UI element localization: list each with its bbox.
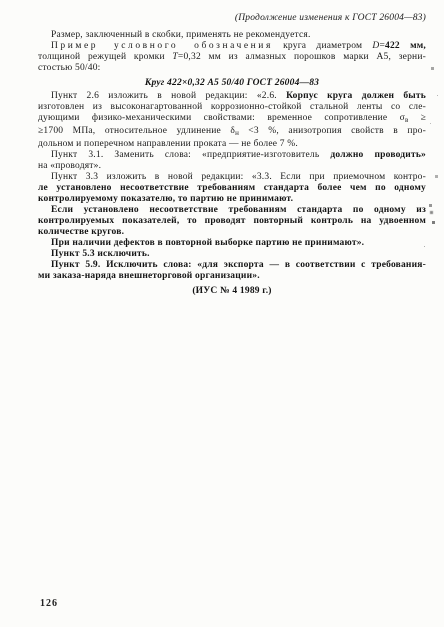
doc-line: ≥1700 МПа, относительное удлинение δн <3… [38,126,426,139]
line-text: ≥1700 МПа, относительное удлинение δ [38,126,235,136]
designation-text: Круг 422×0,32 А5 50/40 ГОСТ 26004—83 [145,78,319,88]
ius-reference: (ИУС № 4 1989 г.) [38,286,426,297]
line-text: Пункт 3.3 изложить в новой редакции: «3.… [51,172,426,182]
doc-line: стостью 50/40: [38,63,426,74]
line-text: Пункт 5.9. Исключить слова: «для экспорт… [51,260,426,270]
line-text: дующими физико-механическими свойствами:… [38,113,405,123]
doc-line: Размер, заключенный в скобки, применять … [38,30,426,41]
doc-line: Пункт 3.1. Заменить слова: «предприятие-… [38,150,426,161]
doc-line: контролируемому показателю, то партию не… [38,194,426,205]
line-text: дольном и поперечном направлении проката… [38,139,298,149]
line-text: =0,32 мм из алмазных порошков марки А5, … [178,52,426,62]
designation-line: Круг 422×0,32 А5 50/40 ГОСТ 26004—83 [38,78,426,89]
document-page: (Продолжение изменения к ГОСТ 26004—83) … [0,0,444,627]
doc-line: Если установлено несоответствие требован… [38,205,426,216]
doc-line: дольном и поперечном направлении проката… [38,139,426,150]
doc-line: дующими физико-механическими свойствами:… [38,113,426,126]
line-text: Пункт 2.6 изложить в новой редакции: «2.… [51,91,286,101]
line-text: контролируемому показателю, то партию не… [38,194,293,204]
doc-line: толщиной режущей кромки Т=0,32 мм из алм… [38,52,426,63]
line-text: Если установлено несоответствие требован… [51,205,426,215]
line-text: ≥ [408,113,426,123]
line-text: стостью 50/40: [38,63,100,73]
line-text: круга диаметром [273,41,373,51]
doc-line: Пункт 2.6 изложить в новой редакции: «2.… [38,91,426,102]
header-text: (Продолжение изменения к ГОСТ 26004—83) [235,13,426,23]
line-text: ми заказа-наряда внешнеторговой организа… [38,271,260,281]
scan-artifacts [0,0,1,1]
ius-text: (ИУС № 4 1989 г.) [192,286,271,296]
value-bold: 422 мм, [385,41,426,51]
line-text: Пункт 5.3 исключить. [51,249,150,259]
bold-text: должно проводить» [330,150,426,160]
doc-line: количестве кругов. [38,227,426,238]
text-block: (Продолжение изменения к ГОСТ 26004—83) … [38,13,426,297]
line-text: ле установлено несоответствие требования… [38,183,426,193]
page-header: (Продолжение изменения к ГОСТ 26004—83) [38,13,426,24]
doc-line: контролируемых показателей, то проводят … [38,216,426,227]
line-text: контролируемых показателей, то проводят … [38,216,426,226]
line-text: изготовлен из высоконагартованной корроз… [38,102,426,112]
line-text: Размер, заключенный в скобки, применять … [51,30,311,40]
line-text: количестве кругов. [38,227,124,237]
doc-line: ми заказа-наряда внешнеторговой организа… [38,271,426,282]
doc-line: При наличии дефектов в повторной выборке… [38,238,426,249]
doc-line: ле установлено несоответствие требования… [38,183,426,194]
doc-line: Пункт 3.3 изложить в новой редакции: «3.… [38,172,426,183]
doc-line: Пример условного обозначения круга диаме… [38,41,426,52]
line-text: <3 %, анизотропия свойств в про- [239,126,426,136]
line-text: толщиной режущей кромки [38,52,172,62]
doc-line: изготовлен из высоконагартованной корроз… [38,102,426,113]
spaced-term: Пример условного обозначения [51,41,273,51]
doc-line: Пункт 5.9. Исключить слова: «для экспорт… [38,260,426,271]
doc-line: на «проводят». [38,161,426,172]
line-text: Пункт 3.1. Заменить слова: «предприятие-… [51,150,330,160]
bold-text: Корпус круга должен быть [286,91,426,101]
line-text: При наличии дефектов в повторной выборке… [51,238,364,248]
doc-line: Пункт 5.3 исключить. [38,249,426,260]
page-number: 126 [40,598,58,609]
line-text: на «проводят». [38,161,101,171]
